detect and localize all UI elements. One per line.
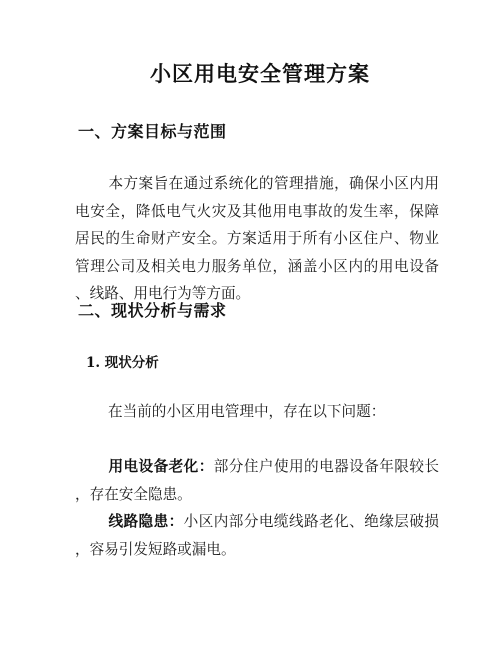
paragraph-text: 本方案旨在通过系统化的管理措施，确保小区内用电安全，降低电气火灾及其他用电事故的…: [75, 175, 439, 302]
paragraph-goals-scope: 本方案旨在通过系统化的管理措施，确保小区内用电安全，降低电气火灾及其他用电事故的…: [75, 170, 439, 308]
paragraph-text: 在当前的小区用电管理中，存在以下问题：: [108, 403, 385, 420]
section-heading-status-needs: 二、现状分析与需求: [78, 300, 227, 322]
paragraph-status-intro: 在当前的小区用电管理中，存在以下问题：: [75, 398, 439, 426]
section-heading-goals-scope: 一、方案目标与范围: [78, 121, 227, 143]
document-page: 小区用电安全管理方案 一、方案目标与范围 本方案旨在通过系统化的管理措施，确保小…: [0, 0, 500, 647]
item-label: 用电设备老化：: [108, 458, 214, 475]
subsection-heading-status-analysis: 1. 现状分析: [86, 353, 159, 373]
list-item-equipment-aging: 用电设备老化：部分住户使用的电器设备年限较长，存在安全隐患。: [75, 453, 439, 508]
list-item-wiring-hazard: 线路隐患：小区内部分电缆线路老化、绝缘层破损，容易引发短路或漏电。: [75, 508, 439, 563]
document-title: 小区用电安全管理方案: [0, 60, 500, 88]
item-label: 线路隐患：: [108, 513, 184, 530]
